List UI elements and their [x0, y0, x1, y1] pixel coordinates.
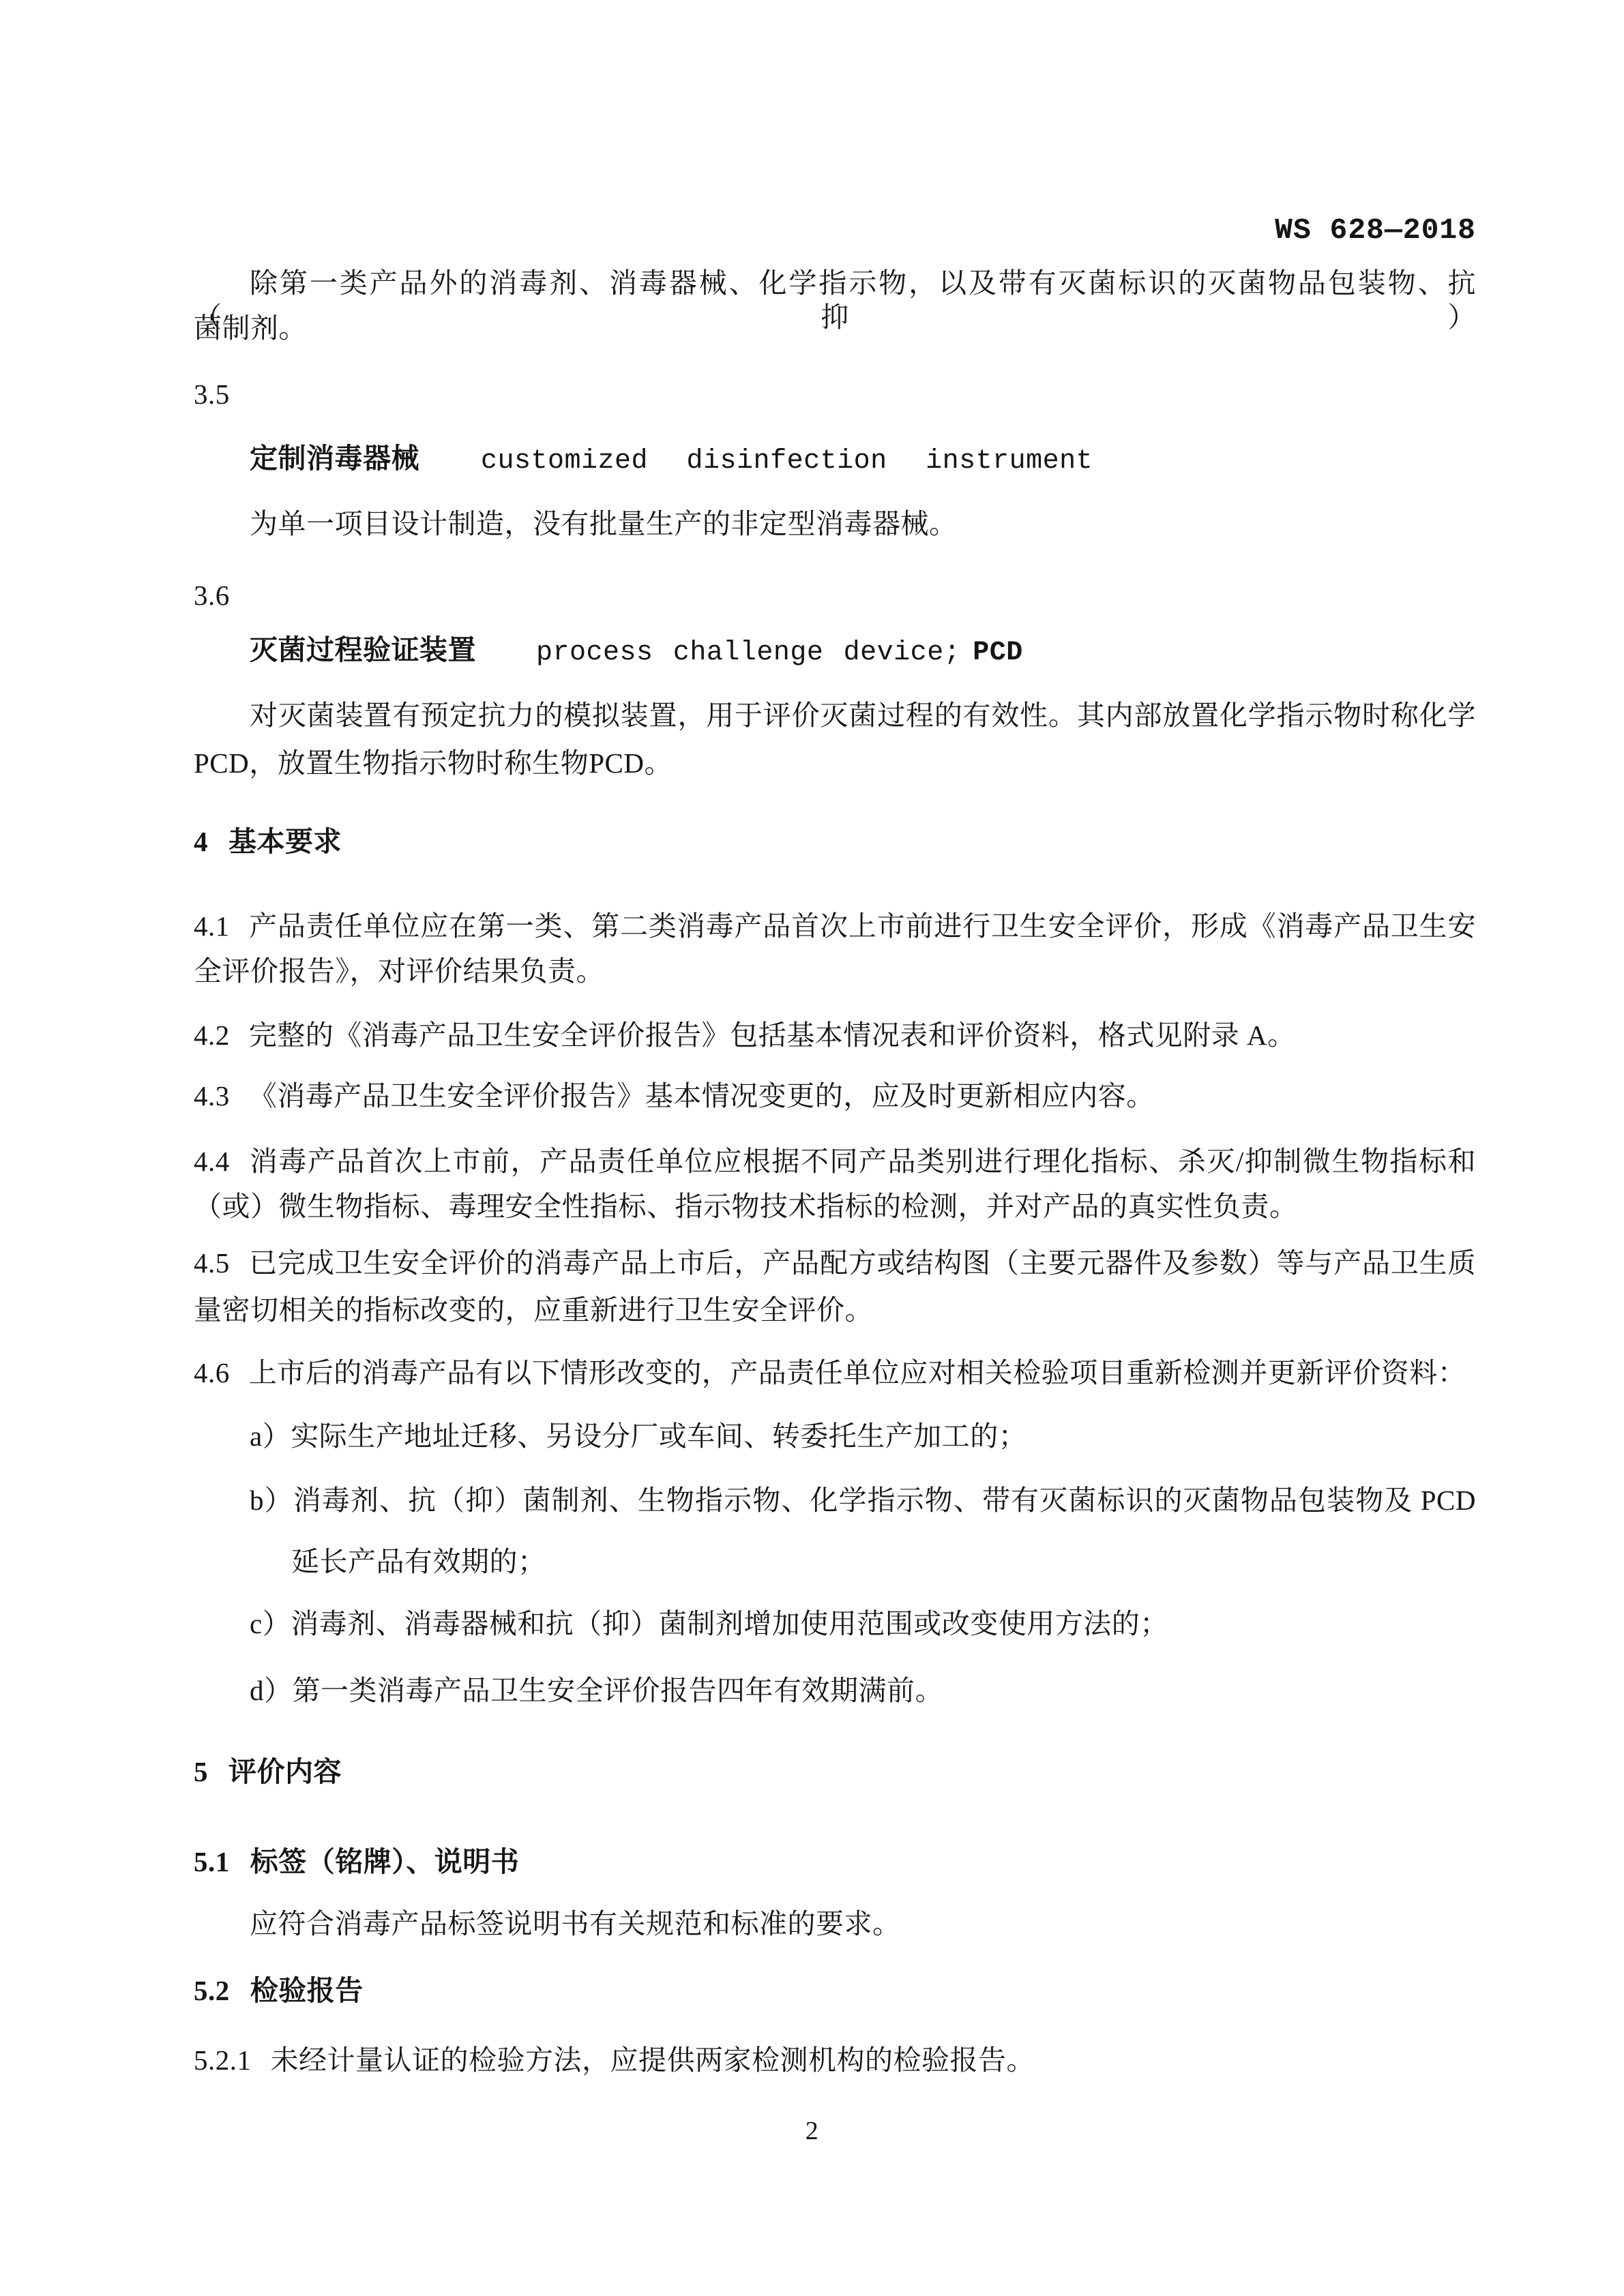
page-number: 2 — [0, 2114, 1624, 2148]
clause-4-1-text: 产品责任单位应在第一类、第二类消毒产品首次上市前进行卫生安全评价，形成《消毒产品… — [249, 910, 1476, 942]
list-item-a-label: a） — [250, 1420, 291, 1452]
section-4-number: 4 — [194, 826, 208, 857]
clause-3-5-number: 3.5 — [194, 377, 1476, 411]
term-3-5: 定制消毒器械customized disinfection instrument — [194, 441, 1476, 479]
clause-4-4-text: 消毒产品首次上市前，产品责任单位应根据不同产品类别进行理化指标、杀灭/抑制微生物… — [249, 1146, 1476, 1177]
section-5-title: 评价内容 — [228, 1756, 342, 1787]
standard-number-header: WS 628—2018 — [194, 213, 1476, 248]
section-5-number: 5 — [194, 1756, 208, 1787]
section-5-2-heading: 5.2检验报告 — [194, 1973, 1476, 2008]
section-5-2-title: 检验报告 — [250, 1975, 364, 2006]
clause-4-2: 4.2完整的《消毒产品卫生安全评价报告》包括基本情况表和评价资料，格式见附录 A… — [194, 1018, 1476, 1052]
list-item-c-text: 消毒剂、消毒器械和抗（抑）菌制剂增加使用范围或改变使用方法的； — [291, 1608, 1168, 1639]
list-item-a: a）实际生产地址迁移、另设分厂或车间、转委托生产加工的； — [194, 1419, 1476, 1453]
clause-4-6-text: 上市后的消毒产品有以下情形改变的，产品责任单位应对相关检验项目重新检测并更新评价… — [249, 1357, 1466, 1388]
section-5-1-heading: 5.1标签（铭牌）、说明书 — [194, 1845, 1476, 1879]
standard-number: WS 628—2018 — [1275, 213, 1476, 247]
clause-4-3: 4.3《消毒产品卫生安全评价报告》基本情况变更的，应及时更新相应内容。 — [194, 1079, 1476, 1113]
definition-3-6-line1: 对灭菌装置有预定抗力的模拟装置，用于评价灭菌过程的有效性。其内部放置化学指示物时… — [194, 698, 1476, 732]
clause-4-5-text: 已完成卫生安全评价的消毒产品上市后，产品配方或结构图（主要元器件及参数）等与产品… — [249, 1247, 1476, 1279]
list-item-c: c）消毒剂、消毒器械和抗（抑）菌制剂增加使用范围或改变使用方法的； — [194, 1607, 1476, 1641]
intro-paragraph-line2: 菌制剂。 — [194, 311, 1476, 345]
term-3-6: 灭菌过程验证装置process challenge device;PCD — [194, 633, 1476, 670]
clause-4-4-line2: （或）微生物指标、毒理安全性指标、指示物技术指标的检测，并对产品的真实性负责。 — [194, 1189, 1476, 1223]
clause-5-2-1-number: 5.2.1 — [194, 2044, 252, 2076]
list-item-b-line1: b）消毒剂、抗（抑）菌制剂、生物指示物、化学指示物、带有灭菌标识的灭菌物品包装物… — [194, 1483, 1476, 1517]
definition-3-6-line2: PCD，放置生物指示物时称生物PCD。 — [194, 746, 1476, 780]
clause-4-5-line2: 量密切相关的指标改变的，应重新进行卫生安全评价。 — [194, 1293, 1476, 1327]
list-item-b-label: b） — [250, 1485, 293, 1516]
clause-3-6-number: 3.6 — [194, 578, 1476, 612]
section-5-1-number: 5.1 — [194, 1846, 230, 1877]
term-3-5-chinese: 定制消毒器械 — [250, 443, 419, 474]
list-item-d-label: d） — [250, 1675, 293, 1706]
section-5-1-body: 应符合消毒产品标签说明书有关规范和标准的要求。 — [194, 1907, 1476, 1941]
clause-4-3-text: 《消毒产品卫生安全评价报告》基本情况变更的，应及时更新相应内容。 — [249, 1080, 1155, 1112]
clause-4-4-number: 4.4 — [194, 1146, 230, 1177]
definition-3-5: 为单一项目设计制造，没有批量生产的非定型消毒器械。 — [194, 507, 1476, 541]
list-item-d-text: 第一类消毒产品卫生安全评价报告四年有效期满前。 — [293, 1675, 944, 1706]
term-3-6-english: process challenge device; — [536, 638, 960, 668]
clause-5-2-1-text: 未经计量认证的检验方法，应提供两家检测机构的检验报告。 — [271, 2044, 1035, 2076]
term-3-5-english: customized disinfection instrument — [481, 446, 1093, 477]
section-4-title: 基本要求 — [228, 826, 342, 857]
clause-4-6: 4.6上市后的消毒产品有以下情形改变的，产品责任单位应对相关检验项目重新检测并更… — [194, 1356, 1476, 1390]
document-page: WS 628—2018 除第一类产品外的消毒剂、消毒器械、化学指示物，以及带有灭… — [0, 0, 1624, 2296]
section-5-heading: 5评价内容 — [194, 1755, 1476, 1789]
list-item-b-line2: 延长产品有效期的； — [194, 1545, 1476, 1579]
section-4-heading: 4基本要求 — [194, 824, 1476, 859]
clause-4-6-number: 4.6 — [194, 1357, 230, 1388]
section-5-1-title: 标签（铭牌）、说明书 — [250, 1846, 520, 1877]
clause-4-5-line1: 4.5已完成卫生安全评价的消毒产品上市后，产品配方或结构图（主要元器件及参数）等… — [194, 1246, 1476, 1280]
term-3-6-chinese: 灭菌过程验证装置 — [250, 634, 476, 666]
list-item-b-text: 消毒剂、抗（抑）菌制剂、生物指示物、化学指示物、带有灭菌标识的灭菌物品包装物及 … — [293, 1485, 1476, 1516]
clause-4-1-number: 4.1 — [194, 910, 230, 942]
term-3-6-abbreviation: PCD — [973, 638, 1023, 668]
clause-4-3-number: 4.3 — [194, 1080, 230, 1112]
section-5-2-number: 5.2 — [194, 1975, 230, 2006]
clause-4-1-line2: 全评价报告》，对评价结果负责。 — [194, 954, 1476, 988]
list-item-d: d）第一类消毒产品卫生安全评价报告四年有效期满前。 — [194, 1673, 1476, 1708]
clause-4-4-line1: 4.4消毒产品首次上市前，产品责任单位应根据不同产品类别进行理化指标、杀灭/抑制… — [194, 1144, 1476, 1178]
list-item-c-label: c） — [250, 1608, 291, 1639]
clause-4-5-number: 4.5 — [194, 1247, 230, 1279]
clause-4-2-number: 4.2 — [194, 1019, 230, 1051]
clause-4-2-text: 完整的《消毒产品卫生安全评价报告》包括基本情况表和评价资料，格式见附录 A。 — [249, 1019, 1296, 1051]
list-item-a-text: 实际生产地址迁移、另设分厂或车间、转委托生产加工的； — [291, 1420, 1027, 1452]
clause-5-2-1: 5.2.1未经计量认证的检验方法，应提供两家检测机构的检验报告。 — [194, 2043, 1476, 2077]
clause-4-1-line1: 4.1产品责任单位应在第一类、第二类消毒产品首次上市前进行卫生安全评价，形成《消… — [194, 909, 1476, 943]
